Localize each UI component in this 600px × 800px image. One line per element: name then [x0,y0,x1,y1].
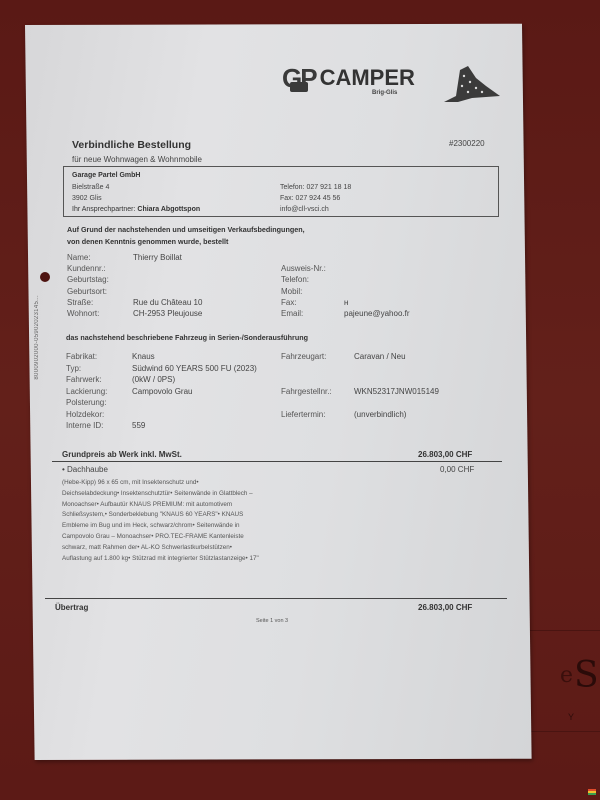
field-value: Südwind 60 YEARS 500 FU (2023) [132,364,257,373]
dealer-street: Bielstraße 4 [72,184,109,191]
field-label: Geburtsort: [67,287,107,296]
background-letter: S [574,655,599,696]
dealer-email: info@cll-vsci.ch [280,206,329,213]
field-label: Interne ID: [66,421,103,430]
vehicle-heading: das nachstehend beschriebene Fahrzeug in… [66,333,308,342]
field-label: Fahrwerk: [66,375,102,384]
field-value: pajeune@yahoo.fr [344,309,410,318]
punch-hole [40,272,50,282]
field-label: Ausweis-Nr.: [281,264,326,273]
dealer-city: 3902 Glis [72,195,102,202]
option-detail-line: Schließsystem,• Sonderbeklebung "KNAUS 6… [62,510,362,521]
option-details: (Hebe-Kipp) 96 x 65 cm, mit Insektenschu… [62,478,362,564]
logo-location: Brig-Glis [372,90,397,96]
carry-value: 26.803,00 CHF [418,603,472,612]
intro-line-2: von denen Kenntnis genommen wurde, beste… [67,237,228,246]
field-value: Knaus [132,352,155,361]
field-label: Lackierung: [66,387,107,396]
order-number: #2300220 [449,139,485,148]
background-small-letters: Y [568,712,582,722]
document-subtitle: für neue Wohnwagen & Wohnmobile [72,155,202,164]
page-number: Seite 1 von 3 [256,618,288,624]
field-label: Liefertermin: [281,410,325,419]
company-logo: GP CAMPER Brig-Glis [282,66,415,90]
field-label: Straße: [67,298,93,307]
field-label: Telefon: [281,275,309,284]
mountain-icon [442,62,502,106]
logo-name: CAMPER [320,66,415,90]
field-label: Wohnort: [67,309,99,318]
option-detail-line: Deichselabdeckung• Insektenschutztür• Se… [62,489,362,500]
field-label: Fabrikat: [66,352,97,361]
field-label: Geburtstag: [67,275,109,284]
price-divider [52,461,502,462]
carry-label: Übertrag [55,603,88,612]
field-label: Mobil: [281,287,302,296]
base-price-value: 26.803,00 CHF [418,450,472,459]
field-value: 559 [132,421,145,430]
field-label: Kundennr.: [67,264,106,273]
field-value: CH-2953 Pleujouse [133,309,202,318]
option-name: • Dachhaube [62,465,108,474]
color-flag-icon [588,789,596,795]
field-label: Holzdekor: [66,410,104,419]
field-value: Campovolo Grau [132,387,192,396]
intro-line-1: Auf Grund der nachstehenden und umseitig… [67,225,305,234]
option-detail-line: (Hebe-Kipp) 96 x 65 cm, mit Insektenschu… [62,478,362,489]
field-value: Thierry Boillat [133,253,182,262]
dealer-contact: Ihr Ansprechpartner: Chiara Abgottspon [72,206,200,213]
dealer-company: Garage Partel GmbH [72,172,140,179]
field-value: (unverbindlich) [354,410,406,419]
logo-mark: GP [282,66,316,90]
document-title: Verbindliche Bestellung [72,139,191,151]
field-label: Typ: [66,364,81,373]
option-detail-line: schwarz, matt Rahmen der• AL-KO Schwerla… [62,543,362,554]
field-label: Name: [67,253,91,262]
option-detail-line: Campovolo Grau – Monoachser• PRO.TEC-FRA… [62,532,362,543]
option-detail-line: Auflastung auf 1.800 kg• Stützrad mit in… [62,554,362,565]
field-label: Fahrzeugart: [281,352,326,361]
field-label: Polsterung: [66,398,106,407]
carry-divider [45,598,507,599]
field-label: Fax: [281,298,297,307]
background-print: e [560,663,573,688]
field-value: Caravan / Neu [354,352,406,361]
field-label: Email: [281,309,303,318]
option-price: 0,00 CHF [440,465,474,474]
dealer-fax: Fax: 027 924 45 56 [280,195,340,202]
option-detail-line: Embleme im Bug und im Heck, schwarz/chro… [62,521,362,532]
field-label: Fahrgestellnr.: [281,387,332,396]
side-code: 8000902000-05902023145... [34,295,40,380]
option-detail-line: Monoachser• Aufbautür KNAUS PREMIUM: mit… [62,500,362,511]
base-price-label: Grundpreis ab Werk inkl. MwSt. [62,450,182,459]
field-value: ʜ [344,298,348,307]
field-value: WKN52317JNW015149 [354,387,439,396]
camper-van-icon [290,82,308,92]
field-value: (0kW / 0PS) [132,375,175,384]
dealer-phone: Telefon: 027 921 18 18 [280,184,351,191]
field-value: Rue du Château 10 [133,298,202,307]
